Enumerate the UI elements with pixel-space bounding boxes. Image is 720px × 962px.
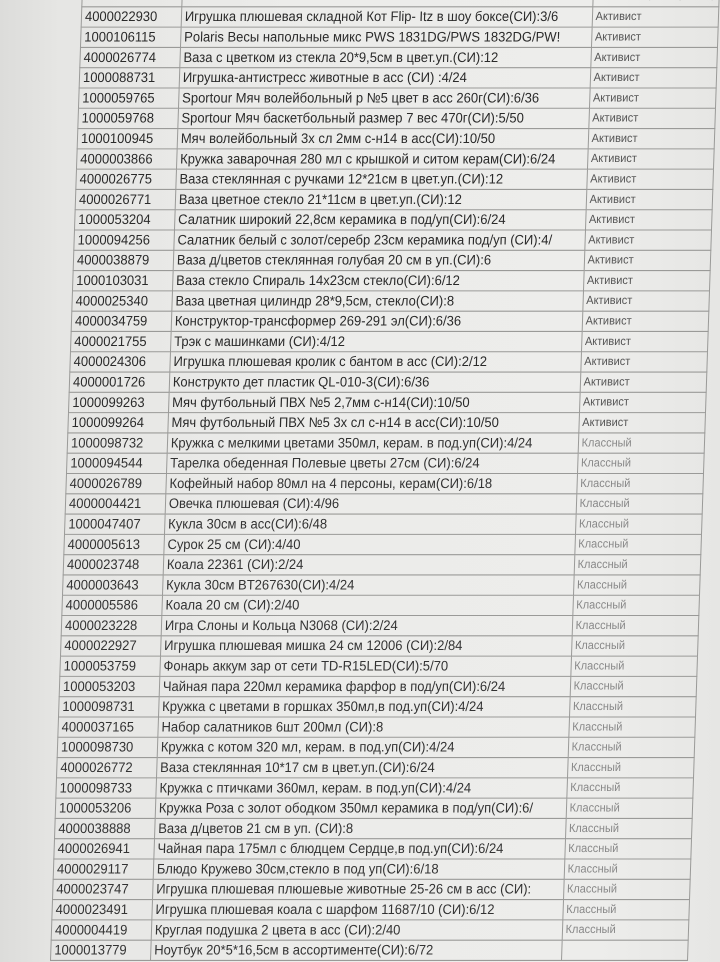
row-code: 1000098733: [56, 778, 157, 798]
row-name: Кружка с птичками 360мл, керам. в под.уп…: [156, 778, 567, 798]
table-row: 1000053204Салатник широкий 22,8см керами…: [74, 210, 712, 230]
row-code: 4000037165: [58, 717, 159, 737]
table-row: 1000106115Polaris Весы напольные микс PW…: [80, 27, 718, 47]
header-segment: Сегмент (вид купона): [592, 0, 719, 7]
row-segment: Классный: [576, 473, 703, 493]
row-code: 4000023228: [61, 616, 162, 636]
table-row: 4000003866Кружка заварочная 280 мл с кры…: [76, 149, 714, 169]
row-code: 4000023747: [53, 879, 154, 899]
row-segment: Классный: [567, 758, 694, 778]
row-segment: Классный: [562, 920, 689, 940]
row-name: Чайная пара 175мл с блюдцем Сердце,в под…: [154, 839, 565, 859]
row-name: Кукла 30см в асс(СИ):6/48: [164, 514, 575, 534]
row-segment: Классный: [562, 900, 689, 920]
table-row: 4000022927Игрушка плюшевая мишка 24 см 1…: [61, 636, 699, 656]
row-segment: Активист: [578, 413, 705, 433]
table-row: 4000026941Чайная пара 175мл с блюдцем Се…: [54, 839, 692, 859]
row-segment: Активист: [590, 47, 717, 67]
row-segment: Классный: [578, 433, 705, 453]
row-code: 4000005613: [64, 534, 165, 554]
row-name: Салатник широкий 22,8см керамика в под/у…: [174, 210, 585, 230]
table-row: 4000001726Конструкто дет пластик QL-010-…: [69, 372, 707, 392]
row-name: Кружка с мелкими цветами 350мл, керам. в…: [167, 433, 578, 453]
row-code: 4000026772: [57, 758, 158, 778]
row-code: 4000022930: [81, 7, 182, 27]
header-code: Код: [82, 0, 183, 7]
row-segment: Активист: [582, 291, 709, 311]
table-row: 4000022930Игрушка плюшевая складной Кот …: [81, 7, 719, 27]
row-name: Кружка с цветами в горшках 350мл,в под.у…: [158, 697, 569, 717]
row-code: 1000088731: [79, 68, 180, 88]
row-code: 4000023748: [63, 555, 164, 575]
row-name: Ваза с цветком из стекла 20*9,5см в цвет…: [180, 47, 591, 67]
table-row: 1000088731Игрушка-антистресс животные в …: [79, 68, 717, 88]
row-name: Тарелка обеденная Полевые цветы 27см (СИ…: [166, 453, 577, 473]
row-segment: Классный: [576, 494, 703, 514]
row-name: Конструктор-трансформер 269-291 эл(СИ):6…: [171, 311, 582, 331]
row-code: 1000098730: [57, 737, 158, 757]
row-segment: Классный: [574, 555, 701, 575]
row-code: 4000026789: [66, 473, 167, 493]
row-code: 1000100945: [77, 129, 178, 149]
table-row: 4000005586Коала 20 см (СИ):2/40Классный: [62, 595, 700, 615]
table-row: 1000094256Салатник белый с золот/серебр …: [74, 230, 712, 250]
row-name: Ваза стекло Спираль 14х23см стекло(СИ):6…: [172, 271, 583, 291]
row-code: 1000099264: [68, 413, 169, 433]
row-name: Коала 22361 (СИ):2/24: [163, 555, 574, 575]
row-code: 1000013779: [51, 940, 152, 960]
row-code: 4000021755: [70, 331, 171, 351]
table-row: 1000103031Ваза стекло Спираль 14х23см ст…: [72, 271, 710, 291]
row-segment: Активист: [580, 352, 707, 372]
row-code: 4000038879: [73, 250, 174, 270]
row-name: Овечка плюшевая (СИ):4/96: [165, 494, 576, 514]
row-name: Ваза стеклянная 10*17 см в цвет.уп.(СИ):…: [156, 758, 567, 778]
row-name: Мяч футбольный ПВХ №5 2,7мм с-н14(СИ):10…: [168, 392, 579, 412]
row-code: 4000025340: [72, 291, 173, 311]
table-row: 4000026771Ваза цветное стекло 21*11см в …: [75, 189, 713, 209]
row-code: 4000026771: [75, 189, 176, 209]
row-segment: Активист: [591, 27, 718, 47]
row-name: Ваза стеклянная с ручками 12*21см в цвет…: [176, 169, 587, 189]
row-segment: Активист: [585, 210, 712, 230]
table-row: 1000059765Sportour Мяч волейбольный р №5…: [78, 88, 716, 108]
table-row: 4000023491Игрушка плюшевая коала с шарфо…: [52, 900, 690, 920]
row-name: Мяч волейбольный 3х сл 2мм с-н14 в асс(С…: [177, 129, 588, 149]
table-row: 4000023228Игра Слоны и Кольца N3068 (СИ)…: [61, 616, 699, 636]
row-code: 1000053206: [55, 798, 156, 818]
row-name: Игрушка плюшевая коала с шарфом 11687/10…: [152, 900, 563, 920]
table-row: 4000005613Сурок 25 см (СИ):4/40Классный: [64, 534, 702, 554]
table-row: 1000100945Мяч волейбольный 3х сл 2мм с-н…: [77, 129, 715, 149]
table-row: 4000004419Круглая подушка 2 цвета в асс …: [51, 920, 689, 940]
row-name: Игрушка плюшевая мишка 24 см 12006 (СИ):…: [160, 636, 571, 656]
row-segment: Классный: [570, 676, 697, 696]
row-segment: Активист: [581, 331, 708, 351]
row-name: Кофейный набор 80мл на 4 персоны, керам(…: [166, 473, 577, 493]
row-name: Игрушка плюшевая плюшевые животные 25-26…: [152, 879, 563, 899]
row-name: Фонарь аккум зар от сети TD-R15LED(СИ):5…: [160, 656, 571, 676]
row-code: 4000001726: [69, 372, 170, 392]
row-code: 4000024306: [70, 352, 171, 372]
row-segment: Классный: [570, 656, 697, 676]
row-name: Sportour Мяч баскетбольный размер 7 вес …: [178, 108, 589, 128]
table-row: 4000038888Ваза д/цветов 21 см в уп. (СИ)…: [55, 818, 693, 838]
table-row: 4000029117Блюдо Кружево 30см,стекло в по…: [53, 859, 691, 879]
row-segment: Активист: [584, 230, 711, 250]
row-code: 4000004421: [65, 494, 166, 514]
row-name: Блюдо Кружево 30см,стекло в под уп(СИ):6…: [153, 859, 564, 879]
row-segment: Активист: [587, 149, 714, 169]
row-segment: Классный: [566, 778, 693, 798]
row-segment: Классный: [563, 879, 690, 899]
row-code: 4000034759: [71, 311, 172, 331]
row-name: Мяч футбольный ПВХ №5 3х сл с-н14 в асс(…: [168, 413, 579, 433]
table-row: 4000021755Трэк с машинками (СИ):4/12Акти…: [70, 331, 708, 351]
row-segment: Активист: [586, 169, 713, 189]
table-row: 1000098732Кружка с мелкими цветами 350мл…: [67, 433, 705, 453]
row-name: Ноутбук 20*5*16,5см в ассортименте(СИ):6…: [150, 940, 561, 960]
row-code: 1000094256: [74, 230, 175, 250]
row-code: 4000026941: [54, 839, 155, 859]
row-segment: Классный: [577, 453, 704, 473]
row-code: 4000026774: [80, 47, 181, 67]
row-segment: Активист: [588, 129, 715, 149]
table-row: 1000059768Sportour Мяч баскетбольный раз…: [78, 108, 716, 128]
row-segment: Классный: [574, 534, 701, 554]
table-row: 4000004421Овечка плюшевая (СИ):4/96Класс…: [65, 494, 703, 514]
row-segment: Классный: [568, 717, 695, 737]
row-code: 1000047407: [65, 514, 166, 534]
row-name: Трэк с машинками (СИ):4/12: [170, 331, 581, 351]
row-segment: Активист: [580, 372, 707, 392]
row-segment: Активист: [582, 311, 709, 331]
row-name: Кружка с котом 320 мл, керам. в под.уп(С…: [157, 737, 568, 757]
row-code: 1000094544: [66, 453, 167, 473]
row-name: Коала 20 см (СИ):2/40: [162, 595, 573, 615]
product-table: Код Название Сегмент (вид купона) 400002…: [50, 0, 720, 961]
table-row: 4000037165Набор салатников 6шт 200мл (СИ…: [58, 717, 696, 737]
table-header-row: Код Название Сегмент (вид купона): [82, 0, 720, 7]
row-code: 1000053203: [59, 676, 160, 696]
row-code: 1000053759: [60, 656, 161, 676]
table-row: 4000023747Игрушка плюшевая плюшевые живо…: [53, 879, 691, 899]
table-row: 1000098730Кружка с котом 320 мл, керам. …: [57, 737, 695, 757]
table-row: 1000053759Фонарь аккум зар от сети TD-R1…: [60, 656, 698, 676]
table-row: 4000025340Ваза цветная цилиндр 28*9,5см,…: [72, 291, 710, 311]
row-segment: Активист: [590, 68, 717, 88]
table-row: 4000003643Кукла 30см BT267630(СИ):4/24Кл…: [63, 575, 701, 595]
row-code: 4000038888: [55, 818, 156, 838]
row-name: Игрушка-антистресс животные в асс (СИ) :…: [179, 68, 590, 88]
row-segment: Классный: [569, 697, 696, 717]
row-code: 4000026775: [76, 169, 177, 189]
row-code: 1000103031: [72, 271, 173, 291]
row-code: 4000003866: [76, 149, 177, 169]
row-name: Sportour Мяч волейбольный р №5 цвет в ас…: [178, 88, 589, 108]
paper-sheet: Код Название Сегмент (вид купона) 400002…: [0, 0, 720, 962]
row-code: 1000053204: [74, 210, 175, 230]
row-segment: Активист: [579, 392, 706, 412]
row-code: 4000029117: [53, 859, 154, 879]
table-row: 4000026775Ваза стеклянная с ручками 12*2…: [76, 169, 714, 189]
row-name: Конструкто дет пластик QL-010-3(СИ):6/36: [169, 372, 580, 392]
row-segment: Классный: [565, 818, 692, 838]
table-body: 4000022930Игрушка плюшевая складной Кот …: [51, 7, 719, 961]
row-code: 4000023491: [52, 900, 153, 920]
row-name: Игрушка плюшевая складной Кот Flip- Itz …: [181, 7, 592, 27]
row-code: 4000022927: [61, 636, 162, 656]
table-row: 1000047407Кукла 30см в асс(СИ):6/48Класс…: [65, 514, 703, 534]
row-segment: Классный: [566, 798, 693, 818]
table-row: 1000053206Кружка Роза с золот ободком 35…: [55, 798, 693, 818]
table-row: 1000053203Чайная пара 220мл керамика фар…: [59, 676, 697, 696]
row-segment: Активист: [588, 108, 715, 128]
row-code: 1000059765: [78, 88, 179, 108]
row-segment: Активист: [583, 271, 710, 291]
table-row: 4000023748Коала 22361 (СИ):2/24Классный: [63, 555, 701, 575]
row-name: Кружка заварочная 280 мл с крышкой и сит…: [176, 149, 587, 169]
table-row: 4000026789Кофейный набор 80мл на 4 персо…: [66, 473, 704, 493]
table-row: 4000034759Конструктор-трансформер 269-29…: [71, 311, 709, 331]
row-segment: [561, 940, 688, 960]
table-row: 1000094544Тарелка обеденная Полевые цвет…: [66, 453, 704, 473]
row-code: 1000106115: [80, 27, 181, 47]
header-name: Название: [182, 0, 593, 7]
row-segment: Активист: [586, 189, 713, 209]
row-name: Игра Слоны и Кольца N3068 (СИ):2/24: [161, 616, 572, 636]
table-row: 4000026774Ваза с цветком из стекла 20*9,…: [80, 47, 718, 67]
row-code: 1000099263: [68, 392, 169, 412]
row-segment: Классный: [572, 595, 699, 615]
table-row: 1000098731Кружка с цветами в горшках 350…: [59, 697, 697, 717]
row-name: Ваза д/цветов стеклянная голубая 20 см в…: [173, 250, 584, 270]
table-row: 4000038879Ваза д/цветов стеклянная голуб…: [73, 250, 711, 270]
table-row: 4000024306Игрушка плюшевая кролик с бант…: [70, 352, 708, 372]
table-row: 4000026772Ваза стеклянная 10*17 см в цве…: [57, 758, 695, 778]
row-name: Игрушка плюшевая кролик с бантом в асс (…: [170, 352, 581, 372]
row-segment: Активист: [589, 88, 716, 108]
row-name: Ваза д/цветов 21 см в уп. (СИ):8: [154, 818, 565, 838]
row-name: Сурок 25 см (СИ):4/40: [164, 534, 575, 554]
row-segment: Классный: [572, 616, 699, 636]
row-segment: Классный: [571, 636, 698, 656]
row-name: Polaris Весы напольные микс PWS 1831DG/P…: [180, 27, 591, 47]
row-name: Салатник белый с золот/серебр 23см керам…: [174, 230, 585, 250]
row-name: Круглая подушка 2 цвета в асс (СИ):2/40: [151, 920, 562, 940]
row-name: Ваза цветная цилиндр 28*9,5см, стекло(СИ…: [172, 291, 583, 311]
table-row: 1000013779Ноутбук 20*5*16,5см в ассортим…: [51, 940, 689, 960]
table-row: 1000099263Мяч футбольный ПВХ №5 2,7мм с-…: [68, 392, 706, 412]
row-segment: Активист: [592, 7, 719, 27]
row-segment: Активист: [584, 250, 711, 270]
row-code: 4000003643: [63, 575, 164, 595]
row-segment: Классный: [564, 839, 691, 859]
row-code: 1000059768: [78, 108, 179, 128]
table-row: 1000098733Кружка с птичками 360мл, керам…: [56, 778, 694, 798]
row-segment: Классный: [568, 737, 695, 757]
row-code: 4000005586: [62, 595, 163, 615]
row-name: Чайная пара 220мл керамика фарфор в под/…: [159, 676, 570, 696]
row-name: Ваза цветное стекло 21*11см в цвет.уп.(С…: [175, 189, 586, 209]
row-code: 4000004419: [51, 920, 152, 940]
row-name: Кружка Роза с золот ободком 350мл керами…: [155, 798, 566, 818]
row-segment: Классный: [573, 575, 700, 595]
table-row: 1000099264Мяч футбольный ПВХ №5 3х сл с-…: [68, 413, 706, 433]
row-segment: Классный: [564, 859, 691, 879]
row-code: 1000098731: [59, 697, 160, 717]
row-name: Кукла 30см BT267630(СИ):4/24: [162, 575, 573, 595]
row-code: 1000098732: [67, 433, 168, 453]
row-name: Набор салатников 6шт 200мл (СИ):8: [158, 717, 569, 737]
row-segment: Классный: [575, 514, 702, 534]
